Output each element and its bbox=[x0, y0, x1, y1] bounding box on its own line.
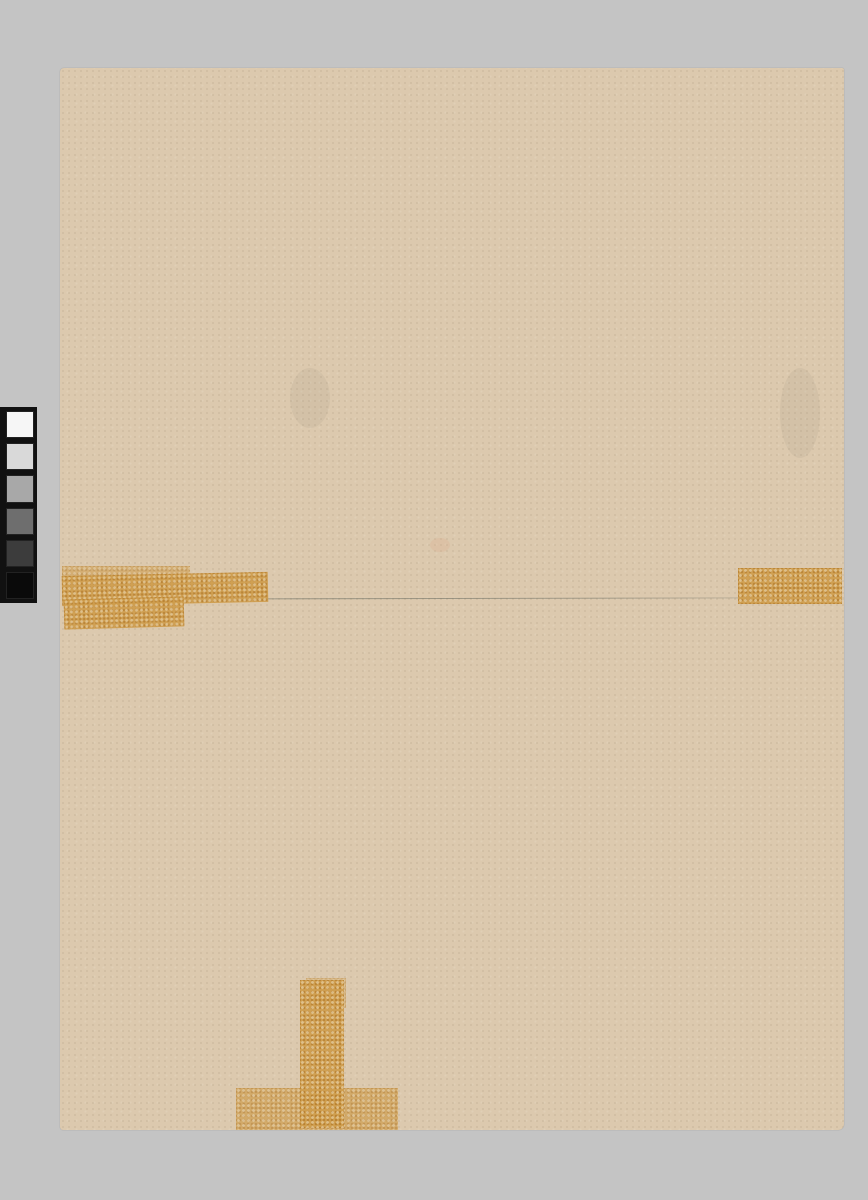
stain bbox=[780, 368, 820, 458]
tape-residue-left bbox=[64, 596, 185, 629]
gray-patch-1 bbox=[6, 411, 34, 438]
paper-sheet bbox=[60, 68, 844, 1130]
gray-patch-6 bbox=[6, 572, 34, 599]
stain bbox=[290, 368, 330, 428]
tape-residue-bottom bbox=[300, 980, 344, 1128]
tape-residue-right bbox=[738, 568, 842, 604]
grayscale-calibration-strip bbox=[0, 407, 37, 603]
gray-patch-3 bbox=[6, 475, 34, 502]
stain bbox=[430, 538, 450, 552]
gray-patch-2 bbox=[6, 443, 34, 470]
gray-patch-4 bbox=[6, 508, 34, 535]
gray-patch-5 bbox=[6, 540, 34, 567]
